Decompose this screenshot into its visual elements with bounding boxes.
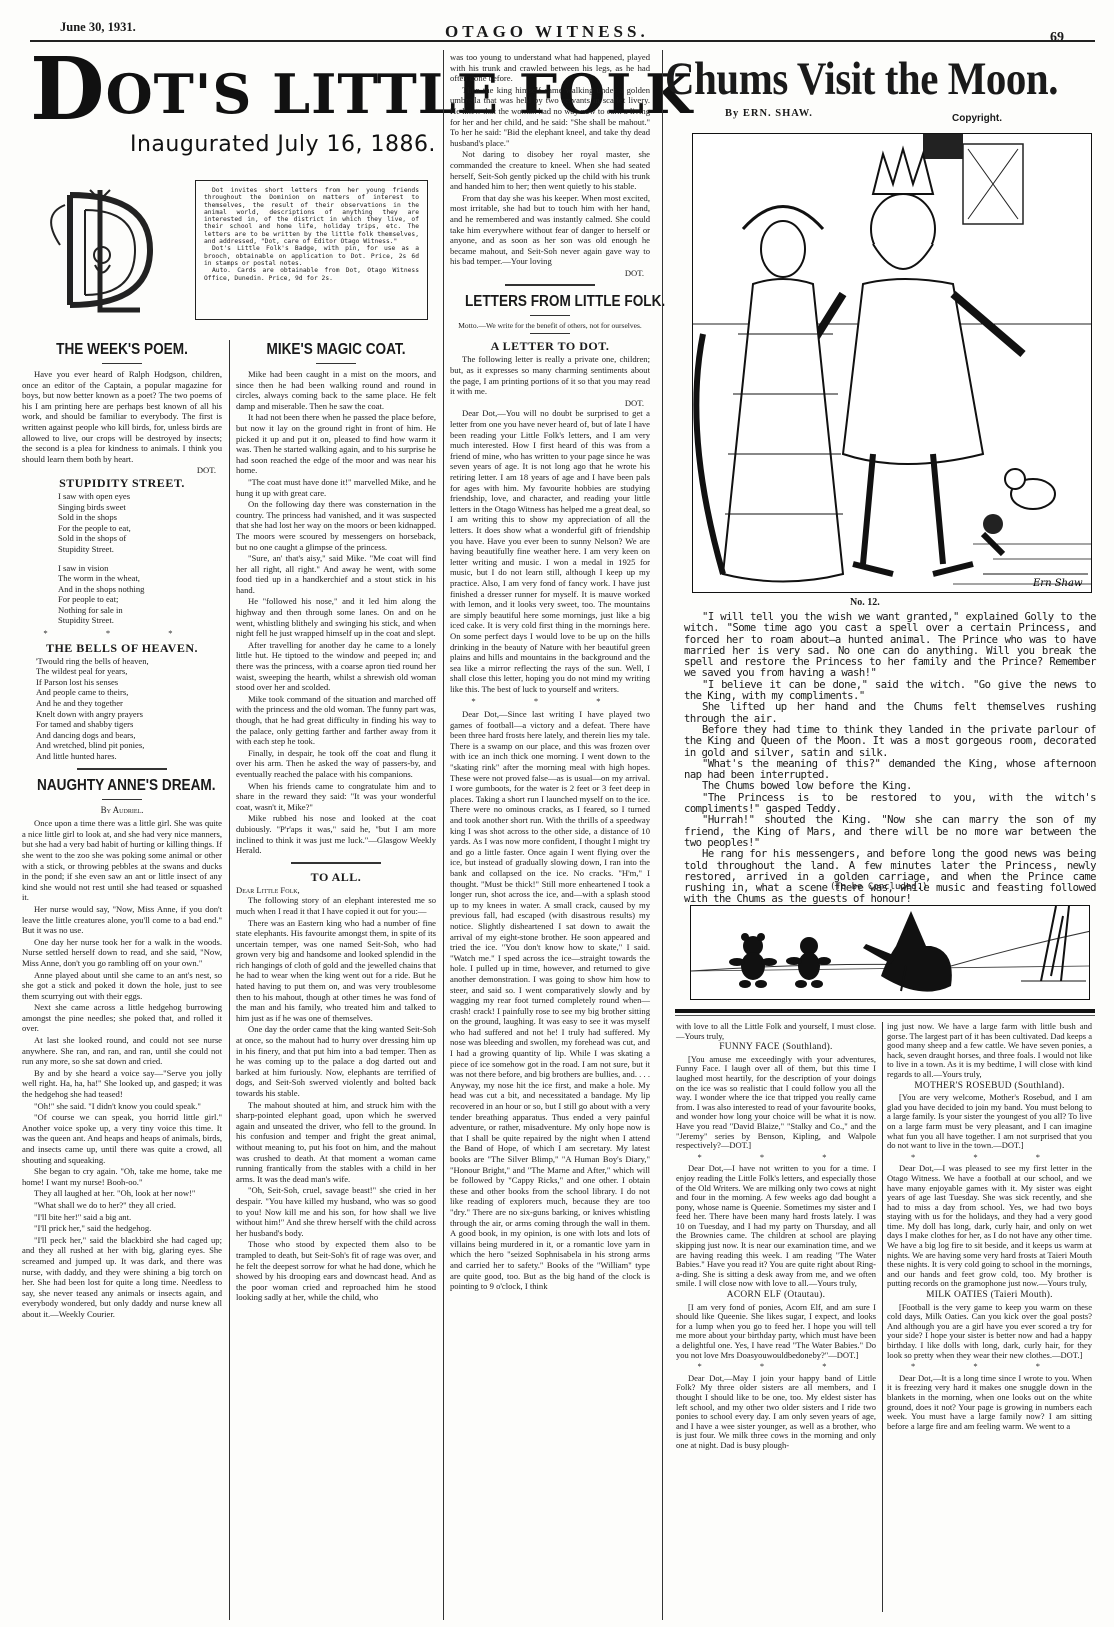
poem-line: 'Twould ring the bells of heaven, xyxy=(36,656,222,667)
letter-paragraph: ing just now. We have a large farm with … xyxy=(887,1022,1092,1080)
letter-paragraph: Dear Dot,—You will no doubt be surprised… xyxy=(450,408,650,694)
column-rule xyxy=(882,1022,883,1612)
poem-line: If Parson lost his senses xyxy=(36,677,222,688)
divider xyxy=(102,363,142,364)
chums-byline: By ERN. SHAW. xyxy=(725,108,813,119)
story-paragraph: The mahout shouted at him, and struck hi… xyxy=(236,1100,436,1185)
story-paragraph: "Hurrah!" shouted the King. "Now she can… xyxy=(684,815,1096,849)
poem-line: For tamed and shabby tigers xyxy=(36,719,222,730)
figure-number: No. 12. xyxy=(850,597,880,608)
story-paragraph: was too young to understand what had hap… xyxy=(450,52,650,84)
to-all-heading: TO ALL. xyxy=(236,870,436,885)
poem-line: Nothing for sale in xyxy=(58,605,222,616)
story-paragraph: "The coat must have done it!" marvelled … xyxy=(236,477,436,498)
letter-paragraph: Dear Dot,—It is a long time since I wrot… xyxy=(887,1374,1092,1432)
story-paragraph: "Of course we can speak, you horrid litt… xyxy=(22,1112,222,1165)
info-paragraph: Auto. Cards are obtainable from Dot, Ota… xyxy=(204,267,419,282)
story-paragraph: He rang for his messengers, and before l… xyxy=(684,849,1096,905)
dot-reply: [I am very fond of ponies, Acorn Elf, an… xyxy=(676,1303,876,1361)
section-divider-thick xyxy=(675,1009,1095,1013)
dlf-monogram-badge-icon xyxy=(40,185,170,320)
story-paragraph: At last she looked round, and could not … xyxy=(22,1035,222,1067)
story-paragraph: "I'll prick her," said the hedgehog. xyxy=(22,1223,222,1234)
poem-line: Stupidity Street. xyxy=(58,544,222,555)
story-paragraph: It had not been there when he passed the… xyxy=(236,412,436,476)
story-paragraph: Before they had time to think they lande… xyxy=(684,725,1096,759)
letter-paragraph: Dear Dot,—I was pleased to see my first … xyxy=(887,1164,1092,1289)
story-paragraph: "What's the meaning of this?" demanded t… xyxy=(684,759,1096,782)
signature: DOT. xyxy=(450,268,650,279)
motto: Motto.—We write for the benefit of other… xyxy=(450,321,650,330)
story-paragraph: Next she came across a little hedgehog b… xyxy=(22,1002,222,1034)
story-paragraph: Mike took command of the situation and m… xyxy=(236,694,436,747)
column-5: with love to all the Little Folk and you… xyxy=(676,1022,876,1452)
poem-line: Singing birds sweet xyxy=(58,502,222,513)
letter-to-dot-heading: A LETTER TO DOT. xyxy=(450,339,650,354)
poem-stanza: 'Twould ring the bells of heaven, The wi… xyxy=(22,656,222,762)
story-paragraph: Her nurse would say, "Now, Miss Anne, if… xyxy=(22,904,222,936)
column-rule xyxy=(443,50,444,1620)
story-paragraph: When his friends came to congratulate hi… xyxy=(236,781,436,813)
dot-reply: [You are very welcome, Mother's Rosebud,… xyxy=(887,1093,1092,1151)
divider xyxy=(530,333,570,334)
poem-stanza: I saw with open eyes Singing birds sweet… xyxy=(22,491,222,626)
submission-info-box: Dot invites short letters from her young… xyxy=(195,180,428,320)
poem-title: STUPIDITY STREET. xyxy=(22,476,222,491)
poem-line: And wretched, blind pit ponies, xyxy=(36,740,222,751)
letter-paragraph: Dear Dot,—I have not written to you for … xyxy=(676,1164,876,1289)
signature: DOT. xyxy=(450,398,650,409)
divider xyxy=(316,363,356,364)
section-divider-thin xyxy=(675,1015,1095,1016)
masthead-rule xyxy=(30,40,1095,42)
poem-line: For the people to eat, xyxy=(58,523,222,534)
poem-line: And little hunted hares. xyxy=(36,751,222,762)
mikes-coat-heading: MIKE'S MAGIC COAT. xyxy=(251,340,421,360)
column-rule xyxy=(229,340,230,1620)
poem-line: For people to eat; xyxy=(58,594,222,605)
story-paragraph: Then the king himself came walking under… xyxy=(450,85,650,149)
story-paragraph: There was an Eastern king who had a numb… xyxy=(236,918,436,1024)
poem-line: Stupidity Street. xyxy=(58,615,222,626)
story-paragraph: She lifted up her hand and the Chums fel… xyxy=(684,702,1096,725)
story-paragraph: One day her nurse took her for a walk in… xyxy=(22,937,222,969)
letter-paragraph: Dear Dot,—May I join your happy band of … xyxy=(676,1374,876,1451)
story-paragraph: On the following day there was consterna… xyxy=(236,499,436,552)
story-paragraph: "What shall we do to her?" they all crie… xyxy=(22,1200,222,1211)
story-paragraph: "The Princess is to be restored to you, … xyxy=(684,793,1096,816)
page-number: 69 xyxy=(1050,30,1064,46)
king-and-queen-of-moon-illustration: Ern Shaw xyxy=(692,133,1092,593)
naughty-anne-heading: NAUGHTY ANNE'S DREAM. xyxy=(37,776,207,796)
story-paragraph: From that day she was his keeper. When m… xyxy=(450,193,650,267)
story-paragraph: "Oh!" she said. "I didn't know you could… xyxy=(22,1101,222,1112)
divider xyxy=(291,862,381,864)
story-paragraph: "I'll peck her," said the blackbird she … xyxy=(22,1235,222,1320)
section-stars: * * * xyxy=(676,1362,876,1372)
poem-line: I saw in vision xyxy=(58,563,222,574)
story-paragraph: By and by she heard a voice say—"Serve y… xyxy=(22,1068,222,1100)
column-1: THE WEEK'S POEM. Have you ever heard of … xyxy=(22,340,222,1321)
story-paragraph: "I'll bite her!" said a big ant. xyxy=(22,1212,222,1223)
section-stars: * * * xyxy=(676,1153,876,1163)
svg-text:Ern Shaw: Ern Shaw xyxy=(1032,578,1083,589)
section-stars: * * * xyxy=(887,1153,1092,1163)
to-be-concluded: (To be Concluded.) xyxy=(830,882,928,892)
section-stars: * * * xyxy=(22,628,222,639)
section-banner: DOT'S LITTLE FOLK Inaugurated July 16, 1… xyxy=(30,50,440,165)
pen-name: MILK OATIES (Taieri Mouth). xyxy=(887,1291,1092,1301)
column-3: was too young to understand what had hap… xyxy=(450,52,650,1293)
column-rule xyxy=(662,50,663,1620)
story-paragraph: After travelling for another day he came… xyxy=(236,640,436,693)
chums-story-text: "I will tell you the wish we want grante… xyxy=(684,612,1096,906)
story-paragraph: They all laughed at her. "Oh, look at he… xyxy=(22,1188,222,1199)
poem-line: And in the shops nothing xyxy=(58,584,222,595)
story-paragraph: "Sure, an' that's aisy," said Mike. "Me … xyxy=(236,553,436,595)
poem-line: And he and they together xyxy=(36,698,222,709)
story-paragraph: "Oh, Seit-Soh, cruel, savage beast!" she… xyxy=(236,1185,436,1238)
divider xyxy=(505,284,595,286)
story-paragraph: She began to cry again. "Oh, take me hom… xyxy=(22,1166,222,1187)
poem-line: The wildest peal for years, xyxy=(36,666,222,677)
story-paragraph: Mike had been caught in a mist on the mo… xyxy=(236,369,436,411)
signature: DOT. xyxy=(22,465,222,476)
column-6: ing just now. We have a large farm with … xyxy=(887,1022,1092,1432)
section-stars: * * * xyxy=(450,696,650,707)
story-paragraph: Anne played about until she came to an a… xyxy=(22,970,222,1002)
story-paragraph: The following story of an elephant inter… xyxy=(236,895,436,916)
story-paragraph: Once upon a time there was a little girl… xyxy=(22,818,222,903)
poem-line: I saw with open eyes xyxy=(58,491,222,502)
poem-line: Knelt down with angry prayers xyxy=(36,709,222,720)
story-paragraph: Mike rubbed his nose and looked at the c… xyxy=(236,813,436,855)
salutation: Dear Little Folk, xyxy=(236,885,436,896)
letter-intro: The following letter is really a private… xyxy=(450,354,650,396)
section-stars: * * * xyxy=(887,1362,1092,1372)
title-initial: D xyxy=(30,39,106,140)
story-paragraph: "I believe it can be done," said the wit… xyxy=(684,680,1096,703)
poem-line: And people came to theirs, xyxy=(36,687,222,698)
info-paragraph: Dot invites short letters from her young… xyxy=(204,187,419,245)
poem-intro: Have you ever heard of Ralph Hodgson, ch… xyxy=(22,369,222,464)
pen-name: MOTHER'S ROSEBUD (Southland). xyxy=(887,1082,1092,1092)
dot-reply: [Football is the very game to keep you w… xyxy=(887,1303,1092,1361)
column-2: MIKE'S MAGIC COAT. Mike had been caught … xyxy=(236,340,436,1304)
newspaper-page: June 30, 1931. OTAGO WITNESS. 69 DOT'S L… xyxy=(0,0,1114,1627)
story-paragraph: He "followed his nose," and it led him a… xyxy=(236,596,436,638)
section-title: DOT'S LITTLE FOLK xyxy=(30,50,440,134)
info-paragraph: Dot's Little Folk's Badge, with pin, for… xyxy=(204,245,419,267)
copyright-label: Copyright. xyxy=(952,113,1002,124)
story-paragraph: Not daring to disobey her royal master, … xyxy=(450,149,650,191)
divider xyxy=(102,799,142,800)
byline: By Audriel. xyxy=(22,805,222,816)
chums-title: Chums Visit the Moon. xyxy=(665,52,1048,106)
letters-heading: LETTERS FROM LITTLE FOLK. xyxy=(465,292,635,312)
poem-line: Sold in the shops xyxy=(58,512,222,523)
poem-title: THE BELLS OF HEAVEN. xyxy=(22,641,222,656)
publication-name: OTAGO WITNESS. xyxy=(445,22,649,42)
poem-line: The worm in the wheat, xyxy=(58,573,222,584)
story-paragraph: "I will tell you the wish we want grante… xyxy=(684,612,1096,680)
divider xyxy=(530,315,570,316)
divider xyxy=(77,768,167,770)
pen-name: FUNNY FACE (Southland). xyxy=(676,1043,876,1053)
weeks-poem-heading: THE WEEK'S POEM. xyxy=(37,340,207,360)
issue-date: June 30, 1931. xyxy=(60,20,136,35)
story-paragraph: Finally, in despair, he took off the coa… xyxy=(236,748,436,780)
poem-line: And dancing dogs and bears, xyxy=(36,730,222,741)
letter-paragraph: Dear Dot,—Since last writing I have play… xyxy=(450,709,650,1292)
pen-name: ACORN ELF (Otautau). xyxy=(676,1291,876,1301)
story-paragraph: Those who stood by expected them also to… xyxy=(236,1239,436,1303)
story-paragraph: One day the order came that the king wan… xyxy=(236,1024,436,1098)
dot-reply: [You amuse me exceedingly with your adve… xyxy=(676,1055,876,1151)
letter-paragraph: with love to all the Little Folk and you… xyxy=(676,1022,876,1041)
chums-and-witch-silhouette-illustration xyxy=(690,905,1090,1000)
poem-line: Sold in the shops of xyxy=(58,533,222,544)
section-subtitle: Inaugurated July 16, 1886. xyxy=(130,132,436,157)
